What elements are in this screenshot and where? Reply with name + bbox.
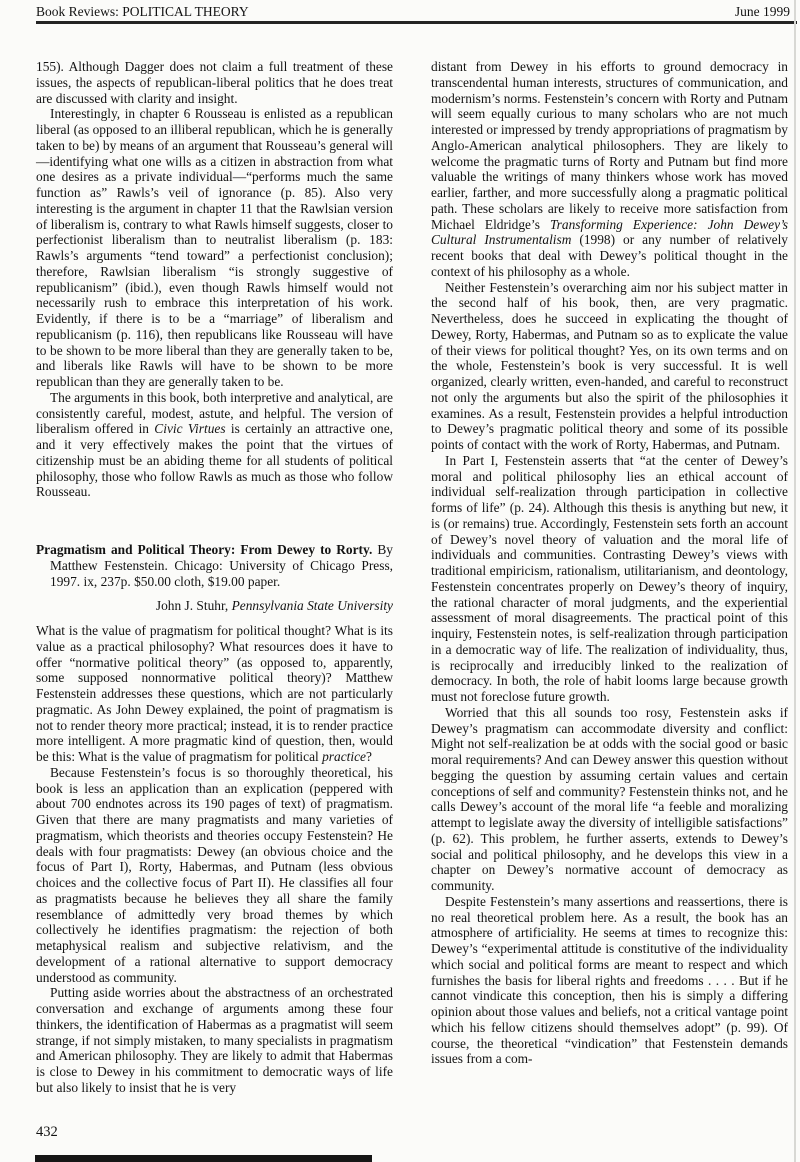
paragraph: Putting aside worries about the abstract… <box>36 985 393 1095</box>
paragraph: What is the value of pragmatism for poli… <box>36 623 393 765</box>
paragraph: distant from Dewey in his efforts to gro… <box>431 59 788 280</box>
running-head: Book Reviews: POLITICAL THEORY <box>36 3 249 20</box>
paragraph: Because Festenstein’s focus is so thorou… <box>36 765 393 986</box>
paragraph: The arguments in this book, both interpr… <box>36 390 393 500</box>
paragraph: Interestingly, in chapter 6 Rousseau is … <box>36 106 393 390</box>
page-header: Book Reviews: POLITICAL THEORY June 1999 <box>36 3 790 20</box>
paragraph: Despite Festenstein’s many assertions an… <box>431 894 788 1067</box>
reviewer-byline: John J. Stuhr, Pennsylvania State Univer… <box>36 598 393 614</box>
bottom-rule <box>35 1155 372 1162</box>
page-number: 432 <box>36 1124 58 1141</box>
paragraph: Neither Festenstein’s overarching aim no… <box>431 280 788 453</box>
paragraph: Worried that this all sounds too rosy, F… <box>431 705 788 894</box>
right-column: distant from Dewey in his efforts to gro… <box>431 59 788 1096</box>
left-column: 155). Although Dagger does not claim a f… <box>36 59 393 1096</box>
review-body: 155). Although Dagger does not claim a f… <box>36 59 788 1096</box>
header-rule <box>36 21 797 24</box>
scan-edge <box>794 0 796 1162</box>
journal-page: Book Reviews: POLITICAL THEORY June 1999… <box>0 0 800 1162</box>
paragraph: 155). Although Dagger does not claim a f… <box>36 59 393 106</box>
issue-date: June 1999 <box>735 3 790 20</box>
paragraph: In Part I, Festenstein asserts that “at … <box>431 453 788 705</box>
book-citation: Pragmatism and Political Theory: From De… <box>36 542 393 589</box>
